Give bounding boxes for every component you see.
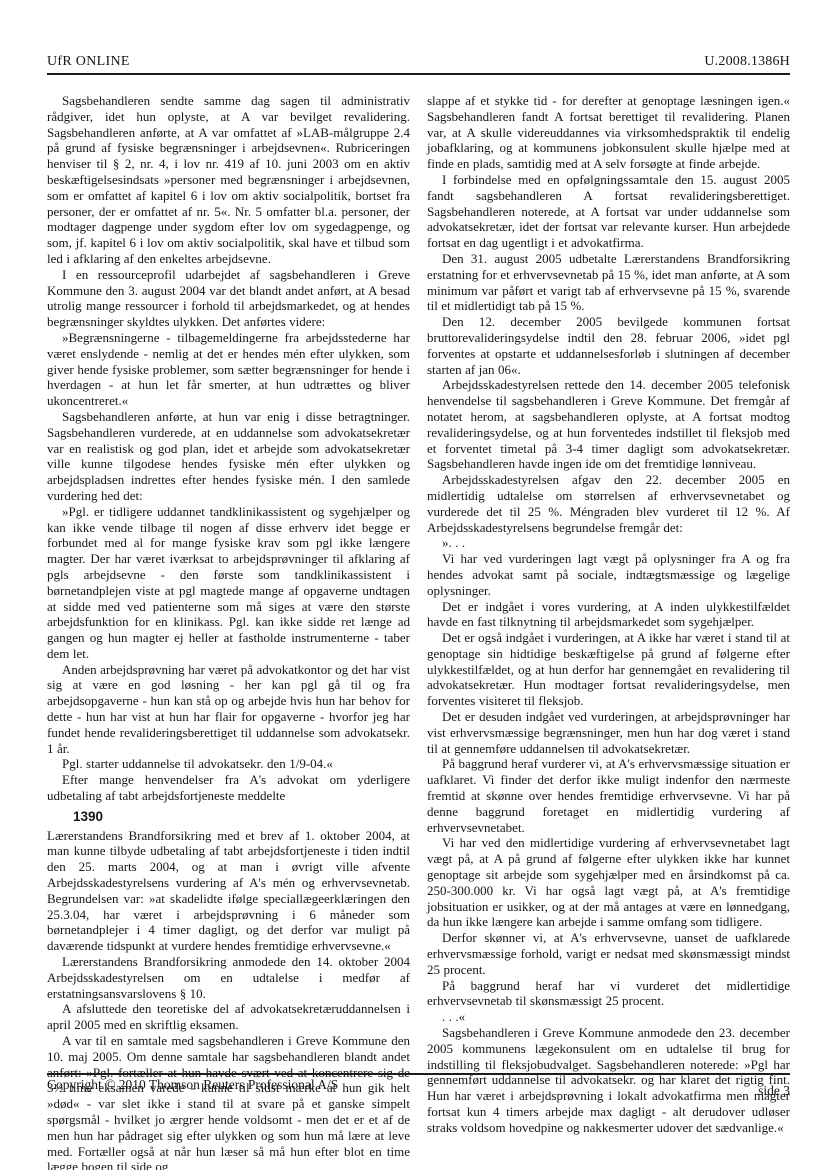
journal-name: UfR ONLINE — [47, 54, 130, 70]
paragraph: A afsluttede den teoretiske del af advok… — [47, 1001, 410, 1033]
paragraph: Vi har ved den midlertidige vurdering af… — [427, 835, 790, 930]
paragraph: I en ressourceprofil udarbejdet af sagsb… — [47, 267, 410, 330]
paragraph: På baggrund heraf vurderer vi, at A's er… — [427, 756, 790, 835]
copyright-notice: Copyright © 2010 Thomson Reuters Profess… — [47, 1077, 338, 1093]
column-left: Sagsbehandleren sendte samme dag sagen t… — [47, 93, 410, 1170]
paragraph: I forbindelse med en opfølgningssamtale … — [427, 172, 790, 251]
paragraph: Arbejdsskadestyrelsen rettede den 14. de… — [427, 377, 790, 472]
page-number: side 3 — [758, 1083, 790, 1099]
paragraph: Efter mange henvendelser fra A's advokat… — [47, 772, 410, 804]
page-footer: Copyright © 2010 Thomson Reuters Profess… — [47, 1077, 790, 1093]
paragraph: Vi har ved vurderingen lagt vægt på oply… — [427, 551, 790, 598]
paragraph: På baggrund heraf har vi vurderet det mi… — [427, 978, 790, 1010]
paragraph: Den 31. august 2005 udbetalte Lærerstand… — [427, 251, 790, 314]
page-header: UfR ONLINE U.2008.1386H — [47, 54, 790, 75]
paragraph: Det er indgået i vores vurdering, at A i… — [427, 599, 790, 631]
paragraph: Pgl. starter uddannelse til advokatsekr.… — [47, 756, 410, 772]
paragraph: Derfor skønner vi, at A's erhvervsevne, … — [427, 930, 790, 977]
paragraph: ». . . — [427, 535, 790, 551]
paragraph: A var til en samtale med sagsbehandleren… — [47, 1033, 410, 1170]
paragraph: . . .« — [427, 1009, 790, 1025]
paragraph: »Pgl. er tidligere uddannet tandklinikas… — [47, 504, 410, 662]
paragraph: Anden arbejdsprøvning har været på advok… — [47, 662, 410, 757]
paragraph: Sagsbehandleren sendte samme dag sagen t… — [47, 93, 410, 267]
report-page-marker: 1390 — [47, 809, 410, 825]
paragraph: Sagsbehandleren anførte, at hun var enig… — [47, 409, 410, 504]
paragraph: Arbejdsskadestyrelsen afgav den 22. dece… — [427, 472, 790, 535]
footer-rule — [47, 1073, 790, 1075]
document-page: UfR ONLINE U.2008.1386H Sagsbehandleren … — [0, 0, 827, 1170]
case-reference: U.2008.1386H — [704, 54, 790, 70]
paragraph: »Begrænsningerne - tilbagemeldingerne fr… — [47, 330, 410, 409]
paragraph: Lærerstandens Brandforsikring med et bre… — [47, 828, 410, 954]
paragraph: Det er også indgået i vurderingen, at A … — [427, 630, 790, 709]
paragraph: slappe af et stykke tid - for derefter a… — [427, 93, 790, 172]
paragraph: Det er desuden indgået ved vurderingen, … — [427, 709, 790, 756]
paragraph: Den 12. december 2005 bevilgede kommunen… — [427, 314, 790, 377]
document-body: Sagsbehandleren sendte samme dag sagen t… — [47, 93, 790, 1170]
paragraph: Lærerstandens Brandforsikring anmodede d… — [47, 954, 410, 1001]
column-right: slappe af et stykke tid - for derefter a… — [427, 93, 790, 1170]
